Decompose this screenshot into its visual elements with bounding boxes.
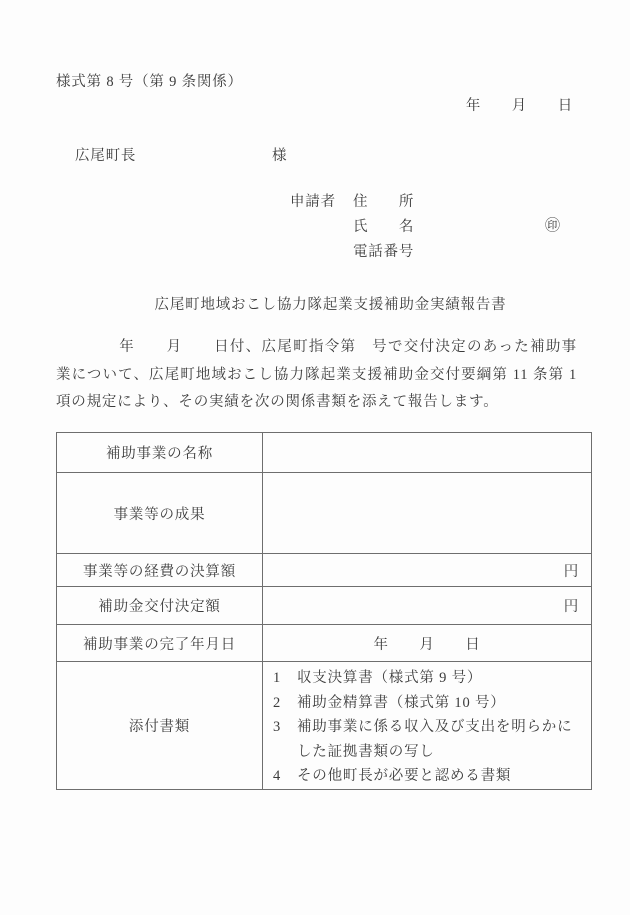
report-table: 補助事業の名称 事業等の成果 事業等の経費の決算額 円 補助金交付決定額 円 補…	[56, 432, 592, 790]
applicant-phone-row: 電話番号	[290, 240, 414, 265]
table-row-project-results: 事業等の成果	[57, 473, 592, 554]
row-value-yen: 円	[263, 554, 592, 587]
attachments-list: 1 収支決算書（様式第 9 号） 2 補助金精算書（様式第 10 号） 3 補助…	[263, 662, 592, 790]
applicant-phone-label: 電話番号	[353, 244, 414, 260]
attachment-number: 4	[273, 764, 297, 789]
table-row-grant-decision-amount: 補助金交付決定額 円	[57, 587, 592, 625]
row-label: 添付書類	[57, 662, 263, 790]
attachment-text: その他町長が必要と認める書類	[297, 764, 583, 789]
table-row-completion-date: 補助事業の完了年月日 年 月 日	[57, 625, 592, 662]
body-line-2: 業について、広尾町地域おこし協力隊起業支援補助金交付要綱第 11 条第 1	[56, 362, 577, 390]
attachment-number: 1	[273, 666, 297, 691]
attachment-item: 2 補助金精算書（様式第 10 号）	[273, 691, 583, 716]
row-value-date: 年 月 日	[263, 625, 592, 662]
body-line-1: 年 月 日付、広尾町指令第 号で交付決定のあった補助事	[56, 334, 577, 362]
applicant-block: 申請者住 所 氏 名 電話番号	[290, 190, 414, 265]
table-row-project-name: 補助事業の名称	[57, 433, 592, 473]
addressee-honorific: 様	[272, 148, 287, 164]
date-line: 年 月 日	[56, 94, 573, 115]
row-value-blank	[263, 473, 592, 554]
applicant-address-row: 申請者住 所	[290, 190, 414, 215]
applicant-label: 申請者	[290, 190, 353, 215]
applicant-name-row: 氏 名	[290, 215, 414, 240]
row-label: 事業等の成果	[57, 473, 263, 554]
addressee-name: 広尾町長	[75, 144, 272, 165]
applicant-name-label: 氏 名	[353, 219, 414, 235]
row-label: 補助事業の名称	[57, 433, 263, 473]
applicant-address-label: 住 所	[353, 194, 414, 210]
row-label: 補助金交付決定額	[57, 587, 263, 625]
row-value-yen: 円	[263, 587, 592, 625]
body-line-3: 項の規定により、その実績を次の関係書類を添えて報告します。	[56, 389, 577, 417]
seal-icon: ㊞	[545, 214, 561, 235]
document-page: 様式第 8 号（第 9 条関係） 年 月 日 広尾町長様 申請者住 所 氏 名 …	[0, 0, 630, 915]
attachment-text: 補助事業に係る収入及び支出を明らかにした証拠書類の写し	[297, 715, 583, 764]
table-row-expense-settlement: 事業等の経費の決算額 円	[57, 554, 592, 587]
attachment-text: 補助金精算書（様式第 10 号）	[297, 691, 583, 716]
attachment-item: 4 その他町長が必要と認める書類	[273, 764, 583, 789]
attachment-number: 3	[273, 715, 297, 764]
attachment-item: 3 補助事業に係る収入及び支出を明らかにした証拠書類の写し	[273, 715, 583, 764]
row-label: 事業等の経費の決算額	[57, 554, 263, 587]
attachment-item: 1 収支決算書（様式第 9 号）	[273, 666, 583, 691]
table-row-attachments: 添付書類 1 収支決算書（様式第 9 号） 2 補助金精算書（様式第 10 号）…	[57, 662, 592, 790]
row-value-blank	[263, 433, 592, 473]
document-title: 広尾町地域おこし協力隊起業支援補助金実績報告書	[71, 293, 590, 314]
attachment-text: 収支決算書（様式第 9 号）	[297, 666, 583, 691]
body-paragraph: 年 月 日付、広尾町指令第 号で交付決定のあった補助事 業について、広尾町地域お…	[56, 334, 577, 417]
attachment-number: 2	[273, 691, 297, 716]
form-number: 様式第 8 号（第 9 条関係）	[56, 70, 243, 91]
row-label: 補助事業の完了年月日	[57, 625, 263, 662]
addressee-line: 広尾町長様	[75, 144, 287, 165]
